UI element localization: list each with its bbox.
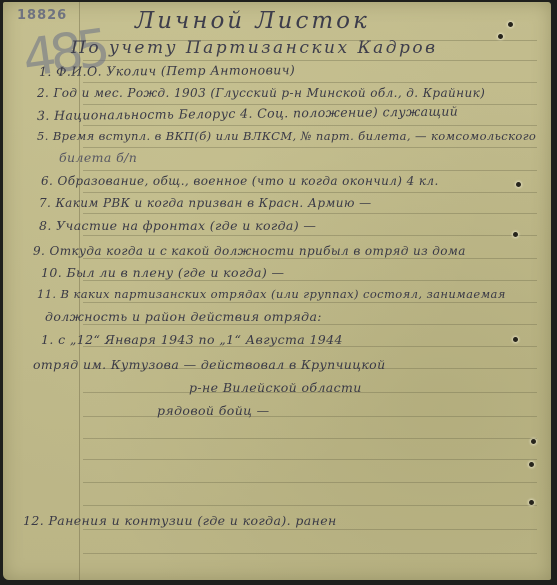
document-sheet: 18826 485 Личной Листок По учету Партиза…	[3, 2, 551, 580]
field-service-dates: 1. с „12“ Января 1943 по „1“ Августа 194…	[41, 332, 343, 347]
field-birth: 2. Год и мес. Рожд. 1903 (Глусский р-н М…	[37, 86, 485, 100]
field-full-name: 1. Ф.И.О. Уколич (Петр Антонович)	[39, 62, 295, 79]
field-detachments: 11. В каких партизанских отрядах (или гр…	[37, 287, 506, 301]
field-captivity: 10. Был ли в плену (где и когда) —	[41, 265, 284, 280]
binding-hole	[529, 462, 534, 467]
field-nationality-social: 3. Национальность Белорус 4. Соц. положе…	[37, 104, 458, 123]
binding-hole	[513, 337, 518, 342]
field-education: 6. Образование, общ., военное (что и ког…	[41, 174, 439, 188]
binding-hole	[513, 232, 518, 237]
binding-hole	[498, 34, 503, 39]
field-arrival: 9. Откуда когда и с какой должности приб…	[33, 244, 466, 258]
ruled-line	[83, 60, 537, 61]
document-title: Личной Листок	[135, 8, 370, 34]
binding-hole	[508, 22, 513, 27]
ruled-line	[83, 125, 537, 126]
ruled-line	[83, 482, 537, 483]
ruled-line	[83, 416, 537, 417]
ruled-line	[83, 280, 537, 281]
ruled-line	[83, 529, 537, 530]
field-region: р-не Вилейской области	[189, 380, 362, 395]
ruled-line	[83, 505, 537, 506]
archive-number: 18826	[17, 8, 67, 23]
ruled-line	[83, 324, 537, 325]
ruled-line	[83, 258, 537, 259]
ruled-line	[83, 459, 537, 460]
ruled-line	[83, 438, 537, 439]
field-detachments-cont: должность и район действия отряда:	[45, 309, 322, 324]
ruled-line	[83, 235, 537, 236]
field-detachment-name: отряд им. Кутузова — действовал в Крупчи…	[33, 357, 386, 372]
ruled-line	[83, 170, 537, 171]
field-wounds: 12. Ранения и контузии (где и когда). ра…	[23, 513, 337, 528]
ruled-line	[83, 553, 537, 554]
ruled-line	[83, 302, 537, 303]
field-fronts: 8. Участие на фронтах (где и когда) —	[39, 218, 316, 233]
ruled-line	[83, 192, 537, 193]
binding-hole	[516, 182, 521, 187]
binding-hole	[529, 500, 534, 505]
ruled-line	[83, 213, 537, 214]
binding-hole	[531, 439, 536, 444]
field-position: рядовой бойц —	[157, 403, 270, 418]
field-drafted: 7. Каким РВК и когда призван в Красн. Ар…	[39, 196, 371, 210]
field-party-ticket: билета б/п	[59, 150, 137, 165]
field-party: 5. Время вступл. в ВКП(б) или ВЛКСМ, № п…	[37, 129, 536, 143]
ruled-line	[83, 82, 537, 83]
document-subtitle: По учету Партизанских Кадров	[71, 38, 438, 58]
ruled-line	[83, 147, 537, 148]
